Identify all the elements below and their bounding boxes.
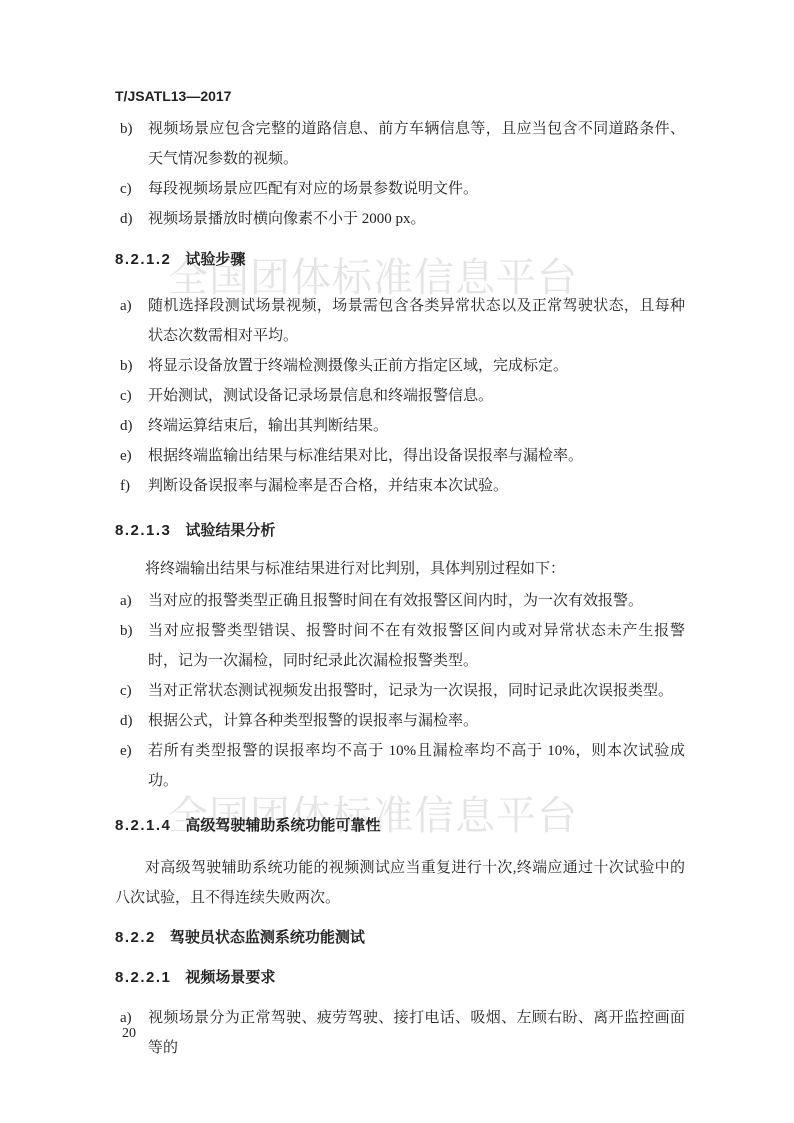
section-heading-8-2-2-1: 8.2.2.1视频场景要求	[115, 963, 685, 993]
list-item-label: b)	[120, 351, 133, 381]
list-item-text: 终端运算结束后，输出其判断结果。	[148, 418, 388, 434]
list-item: a) 视频场景分为正常驾驶、疲劳驾驶、接打电话、吸烟、左顾右盼、离开监控画面等的	[115, 1003, 685, 1063]
list-item-label: e)	[120, 441, 132, 471]
list-item-label: e)	[120, 736, 132, 766]
list-item-text: 每段视频场景应匹配有对应的场景参数说明文件。	[148, 181, 478, 197]
list-item-text: 开始测试，测试设备记录场景信息和终端报警信息。	[148, 388, 493, 404]
page-content: T/JSATL13—2017 b) 视频场景应包含完整的道路信息、前方车辆信息等…	[115, 0, 685, 1063]
list-item-label: c)	[120, 676, 132, 706]
list-item: a) 随机选择段测试场景视频，场景需包含各类异常状态以及正常驾驶状态，且每种状态…	[115, 291, 685, 351]
list-item: c) 每段视频场景应匹配有对应的场景参数说明文件。	[115, 174, 685, 204]
section-heading-8-2-2: 8.2.2驾驶员状态监测系统功能测试	[115, 923, 685, 953]
document-code: T/JSATL13—2017	[115, 86, 685, 106]
list-item-text: 将显示设备放置于终端检测摄像头正前方指定区域，完成标定。	[148, 358, 568, 374]
document-page: 全国团体标准信息平台 全国团体标准信息平台 T/JSATL13—2017 b) …	[0, 0, 794, 1123]
list-item-text: 根据终端监输出结果与标准结果对比，得出设备误报率与漏检率。	[148, 448, 583, 464]
list-item-text: 当对应报警类型错误、报警时间不在有效报警区间内或对异常状态未产生报警时，记为一次…	[148, 623, 685, 669]
list-item: f) 判断设备误报率与漏检率是否合格，并结束本次试验。	[115, 471, 685, 501]
list-item-text: 视频场景播放时横向像素不小于 2000 px。	[148, 211, 426, 227]
list-item: d) 根据公式，计算各种类型报警的误报率与漏检率。	[115, 706, 685, 736]
list-item-label: b)	[120, 114, 133, 144]
list-item-text: 判断设备误报率与漏检率是否合格，并结束本次试验。	[148, 478, 508, 494]
list-item-text: 当对正常状态测试视频发出报警时，记录为一次误报，同时记录此次误报类型。	[148, 683, 673, 699]
list-item: c) 当对正常状态测试视频发出报警时，记录为一次误报，同时记录此次误报类型。	[115, 676, 685, 706]
list-item-label: d)	[120, 706, 133, 736]
section-number: 8.2.1.2	[115, 251, 171, 268]
section-heading-8-2-1-2: 8.2.1.2试验步骤	[115, 245, 685, 275]
list-item-text: 当对应的报警类型正确且报警时间在有效报警区间内时，为一次有效报警。	[148, 593, 643, 609]
list-item: e) 若所有类型报警的误报率均不高于 10%且漏检率均不高于 10%，则本次试验…	[115, 736, 685, 796]
section-title: 驾驶员状态监测系统功能测试	[170, 929, 365, 946]
list-item: c) 开始测试，测试设备记录场景信息和终端报警信息。	[115, 381, 685, 411]
section-number: 8.2.2	[115, 929, 156, 946]
page-number: 20	[122, 1026, 136, 1042]
section-heading-8-2-1-4: 8.2.1.4高级驾驶辅助系统功能可靠性	[115, 811, 685, 841]
section-title: 试验步骤	[185, 251, 245, 268]
section-title: 高级驾驶辅助系统功能可靠性	[185, 817, 380, 834]
list-item: d) 视频场景播放时横向像素不小于 2000 px。	[115, 204, 685, 234]
section-title: 试验结果分析	[185, 522, 275, 539]
list-item-text: 随机选择段测试场景视频，场景需包含各类异常状态以及正常驾驶状态，且每种状态次数需…	[148, 298, 685, 344]
section-title: 视频场景要求	[185, 969, 275, 986]
list-item-text: 根据公式，计算各种类型报警的误报率与漏检率。	[148, 713, 478, 729]
list-item-label: a)	[120, 291, 132, 321]
list-item: b) 将显示设备放置于终端检测摄像头正前方指定区域，完成标定。	[115, 351, 685, 381]
section-number: 8.2.1.4	[115, 817, 171, 834]
list-item-text: 视频场景分为正常驾驶、疲劳驾驶、接打电话、吸烟、左顾右盼、离开监控画面等的	[148, 1010, 685, 1056]
list-item: a) 当对应的报警类型正确且报警时间在有效报警区间内时，为一次有效报警。	[115, 586, 685, 616]
section-number: 8.2.2.1	[115, 969, 171, 986]
list-item: d) 终端运算结束后，输出其判断结果。	[115, 411, 685, 441]
list-item: b) 视频场景应包含完整的道路信息、前方车辆信息等，且应当包含不同道路条件、天气…	[115, 114, 685, 174]
list-item-label: a)	[120, 586, 132, 616]
scene-requirements-list: b) 视频场景应包含完整的道路信息、前方车辆信息等，且应当包含不同道路条件、天气…	[115, 114, 685, 234]
list-item-label: d)	[120, 411, 133, 441]
section-heading-8-2-1-3: 8.2.1.3试验结果分析	[115, 516, 685, 546]
test-steps-list: a) 随机选择段测试场景视频，场景需包含各类异常状态以及正常驾驶状态，且每种状态…	[115, 291, 685, 501]
list-item-label: c)	[120, 381, 132, 411]
reliability-paragraph: 对高级驾驶辅助系统功能的视频测试应当重复进行十次,终端应通过十次试验中的八次试验…	[115, 853, 685, 913]
dms-scene-list: a) 视频场景分为正常驾驶、疲劳驾驶、接打电话、吸烟、左顾右盼、离开监控画面等的	[115, 1003, 685, 1063]
list-item-text: 若所有类型报警的误报率均不高于 10%且漏检率均不高于 10%，则本次试验成功。	[148, 743, 685, 789]
analysis-list: a) 当对应的报警类型正确且报警时间在有效报警区间内时，为一次有效报警。 b) …	[115, 586, 685, 796]
list-item-text: 视频场景应包含完整的道路信息、前方车辆信息等，且应当包含不同道路条件、天气情况参…	[148, 121, 685, 167]
list-item: e) 根据终端监输出结果与标准结果对比，得出设备误报率与漏检率。	[115, 441, 685, 471]
list-item-label: b)	[120, 616, 133, 646]
list-item-label: f)	[120, 471, 130, 501]
list-item-label: d)	[120, 204, 133, 234]
analysis-intro-paragraph: 将终端输出结果与标准结果进行对比判别，具体判别过程如下：	[115, 554, 685, 584]
section-number: 8.2.1.3	[115, 522, 171, 539]
list-item: b) 当对应报警类型错误、报警时间不在有效报警区间内或对异常状态未产生报警时，记…	[115, 616, 685, 676]
list-item-label: c)	[120, 174, 132, 204]
